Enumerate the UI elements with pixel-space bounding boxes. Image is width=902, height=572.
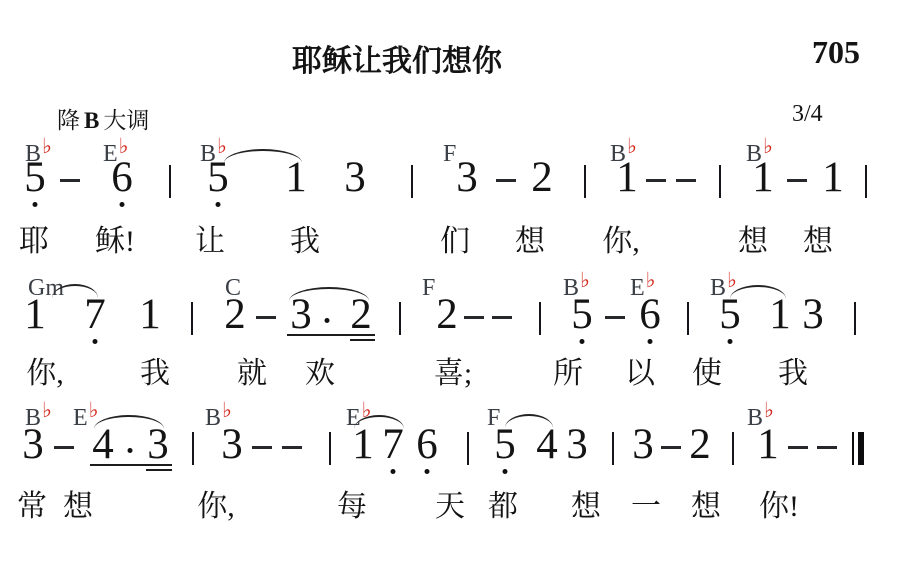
note-digit: 6: [111, 156, 133, 199]
note-digit: 3: [632, 423, 654, 466]
augmentation-dot: [128, 448, 133, 453]
barline: [687, 302, 689, 335]
barline: [719, 165, 721, 198]
duration-dash: [54, 446, 74, 449]
lyric-syllable: 耶: [19, 225, 49, 258]
lyric-syllable: 想: [63, 490, 93, 523]
lyric-syllable: 所: [553, 357, 583, 390]
barline: [539, 302, 541, 335]
key-letter: B: [80, 108, 103, 133]
song-title: 耶稣让我们想你: [292, 36, 502, 80]
note-digit: 3: [221, 423, 243, 466]
note-digit: 2: [350, 293, 372, 336]
chord-root: B: [205, 405, 221, 431]
octave-dot: [648, 339, 653, 344]
barline: [411, 165, 413, 198]
lyric-syllable: 一: [631, 490, 661, 523]
lyric-syllable: 就: [237, 357, 267, 390]
duration-dash: [605, 316, 625, 319]
note-digit: 3: [802, 293, 824, 336]
note-digit: 3: [344, 156, 366, 199]
duration-dash: [817, 446, 837, 449]
score: 耶稣让我们想你 705 降B大调 3/4 B♭E♭B♭FB♭B♭56513321…: [0, 0, 902, 572]
note-digit: 2: [436, 293, 458, 336]
note-digit: 3: [147, 423, 169, 466]
note-digit: 1: [769, 293, 791, 336]
lyric-syllable: 你,: [26, 357, 64, 390]
duration-dash: [252, 446, 272, 449]
flat-icon: ♭: [42, 398, 52, 422]
lyric-syllable: 想: [803, 225, 833, 258]
octave-dot: [120, 202, 125, 207]
octave-dot: [33, 202, 38, 207]
lyric-syllable: 欢: [305, 357, 335, 390]
key-signature: 降B大调: [57, 102, 149, 135]
lyric-syllable: 喜;: [434, 357, 472, 390]
octave-dot: [216, 202, 221, 207]
note-digit: 1: [616, 156, 638, 199]
barline: [192, 432, 194, 465]
octave-dot: [93, 339, 98, 344]
flat-icon: ♭: [580, 268, 590, 292]
lyric-syllable: 你,: [197, 490, 235, 523]
flat-icon: ♭: [764, 398, 774, 422]
note-digit: 6: [416, 423, 438, 466]
duration-dash: [787, 179, 807, 182]
note-digit: 1: [24, 293, 46, 336]
barline: [169, 165, 171, 198]
lyric-syllable: 你!: [759, 490, 799, 523]
duration-dash: [256, 316, 276, 319]
duration-dash: [282, 446, 302, 449]
lyric-syllable: 让: [195, 225, 225, 258]
chord-symbol: F: [443, 142, 456, 166]
octave-dot: [728, 339, 733, 344]
lyric-syllable: 以: [625, 357, 655, 390]
duration-dash: [646, 179, 666, 182]
flat-icon: ♭: [222, 398, 232, 422]
barline: [732, 432, 734, 465]
beam-underline: [350, 339, 375, 341]
barline: [854, 302, 856, 335]
duration-dash: [788, 446, 808, 449]
beam-underline: [146, 469, 172, 471]
flat-icon: ♭: [727, 268, 737, 292]
note-digit: 5: [571, 293, 593, 336]
note-digit: 2: [689, 423, 711, 466]
final-barline: [858, 432, 864, 465]
note-digit: 7: [382, 423, 404, 466]
note-digit: 3: [22, 423, 44, 466]
song-number: 705: [812, 34, 860, 71]
lyric-syllable: 稣!: [95, 225, 135, 258]
note-digit: 1: [352, 423, 374, 466]
note-digit: 4: [92, 423, 114, 466]
lyric-syllable: 想: [515, 225, 545, 258]
barline: [467, 432, 469, 465]
lyric-syllable: 都: [488, 490, 518, 523]
note-digit: 1: [822, 156, 844, 199]
note-digit: 2: [224, 293, 246, 336]
flat-icon: ♭: [89, 398, 99, 422]
note-digit: 1: [752, 156, 774, 199]
time-signature: 3/4: [792, 101, 823, 128]
note-digit: 5: [494, 423, 516, 466]
barline: [584, 165, 586, 198]
barline: [329, 432, 331, 465]
key-pre: 降: [57, 108, 80, 133]
note-digit: 5: [24, 156, 46, 199]
chord-symbol: F: [422, 276, 435, 300]
note-digit: 5: [719, 293, 741, 336]
duration-dash: [464, 316, 484, 319]
augmentation-dot: [325, 318, 330, 323]
lyric-syllable: 常: [17, 490, 47, 523]
octave-dot: [580, 339, 585, 344]
barline: [865, 165, 867, 198]
note-digit: 4: [536, 423, 558, 466]
note-digit: 3: [566, 423, 588, 466]
duration-dash: [60, 179, 80, 182]
lyric-syllable: 每: [337, 490, 367, 523]
flat-icon: ♭: [646, 268, 656, 292]
duration-dash: [496, 179, 516, 182]
chord-root: F: [443, 141, 456, 167]
note-digit: 1: [285, 156, 307, 199]
lyric-syllable: 想: [691, 490, 721, 523]
note-digit: 7: [84, 293, 106, 336]
lyric-syllable: 想: [571, 490, 601, 523]
note-digit: 1: [139, 293, 161, 336]
beam-underline: [287, 334, 375, 336]
chord-root: E: [73, 405, 88, 431]
barline: [191, 302, 193, 335]
lyric-syllable: 我: [140, 357, 170, 390]
barline: [399, 302, 401, 335]
lyric-syllable: 我: [778, 357, 808, 390]
lyric-syllable: 想: [738, 225, 768, 258]
duration-dash: [661, 446, 681, 449]
duration-dash: [492, 316, 512, 319]
note-digit: 2: [531, 156, 553, 199]
lyric-syllable: 们: [440, 225, 470, 258]
note-digit: 1: [757, 423, 779, 466]
octave-dot: [391, 469, 396, 474]
lyric-syllable: 使: [692, 357, 722, 390]
note-digit: 3: [290, 293, 312, 336]
chord-root: F: [422, 275, 435, 301]
duration-dash: [676, 179, 696, 182]
barline: [612, 432, 614, 465]
final-barline-thin: [852, 432, 854, 465]
lyric-syllable: 我: [290, 225, 320, 258]
key-post: 大调: [103, 108, 149, 133]
note-digit: 6: [639, 293, 661, 336]
lyric-syllable: 天: [435, 490, 465, 523]
beam-underline: [90, 464, 172, 466]
lyric-syllable: 你,: [602, 225, 640, 258]
octave-dot: [425, 469, 430, 474]
note-digit: 5: [207, 156, 229, 199]
note-digit: 3: [456, 156, 478, 199]
octave-dot: [503, 469, 508, 474]
